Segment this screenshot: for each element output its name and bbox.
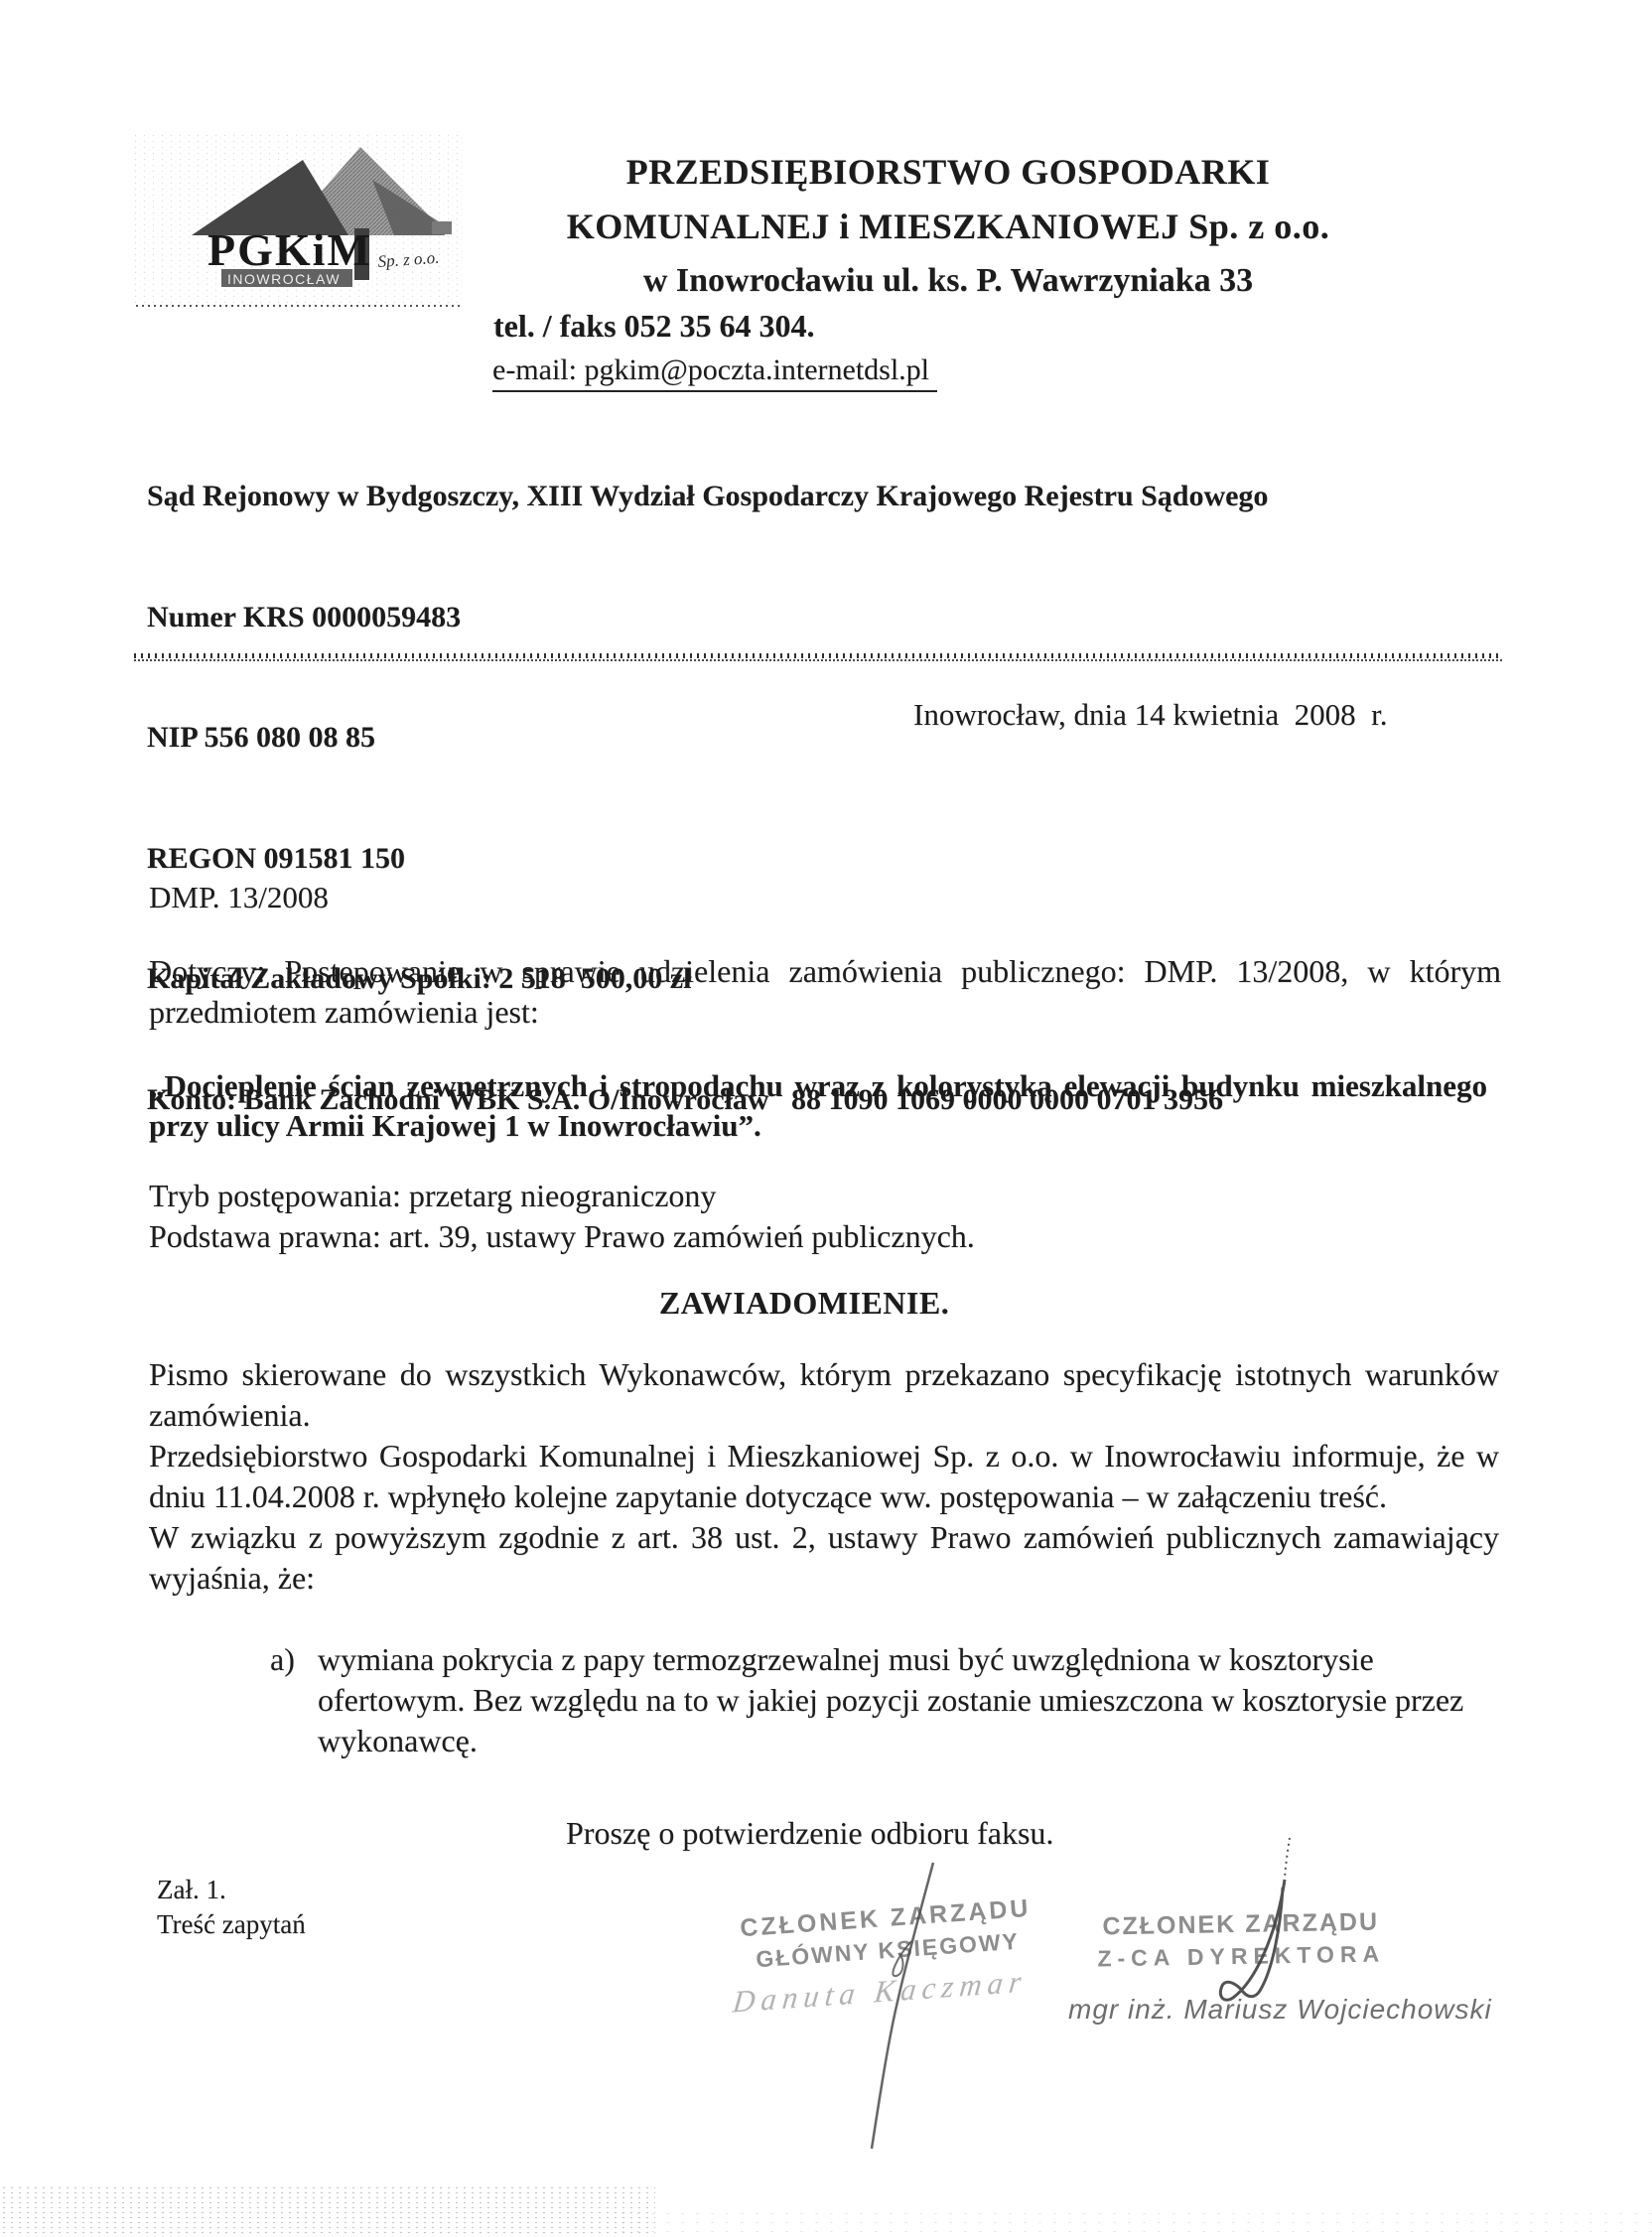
scanned-letter-page: PGKiM INOWROCŁAW Sp. z o.o. PRZEDSIĘBIOR… — [0, 0, 1652, 2237]
subject-intro: Dotyczy: Postępowanie w sprawie udzielen… — [149, 951, 1501, 1033]
body-text: Pismo skierowane do wszystkich Wykonawcó… — [149, 1354, 1499, 1599]
registry-krs: Numer KRS 0000059483 — [147, 598, 1268, 638]
closing-request: Proszę o potwierdzenie odbioru faksu. — [566, 1815, 1053, 1852]
separator-ticks — [134, 653, 1502, 658]
body-paragraph: Pismo skierowane do wszystkich Wykonawcó… — [149, 1354, 1499, 1436]
stamp-right: CZŁONEK ZARZĄDU Z-CA DYREKTORA — [1089, 1905, 1392, 1974]
answer-list-item: a) wymiana pokrycia z papy termozgrzewal… — [270, 1639, 1497, 1761]
attachment-note: Zał. 1. Treść zapytań — [157, 1873, 306, 1942]
legal-basis: Podstawa prawna: art. 39, ustawy Prawo z… — [149, 1218, 975, 1255]
attachment-line2: Treść zapytań — [157, 1907, 306, 1942]
reference-number: DMP. 13/2008 — [149, 880, 329, 915]
dateline: Inowrocław, dnia 14 kwietnia 2008 r. — [913, 697, 1388, 733]
logo-name: PGKiM — [207, 224, 372, 275]
separator-line — [134, 659, 1502, 661]
subject-title: „Docieplenie ścian zewnętrznych i stropo… — [149, 1066, 1487, 1146]
scan-noise-band — [0, 2185, 655, 2237]
company-name-line2: KOMUNALNEJ i MIESZKANIOWEJ Sp. z o.o. — [397, 199, 1499, 254]
registry-court: Sąd Rejonowy w Bydgoszczy, XIII Wydział … — [147, 477, 1268, 517]
notice-heading: ZAWIADOMIENIE. — [149, 1285, 1459, 1322]
body-paragraph: Przedsiębiorstwo Gospodarki Komunalnej i… — [149, 1436, 1499, 1517]
company-address: w Inowrocławiu ul. ks. P. Wawrzyniaka 33 — [397, 254, 1499, 308]
company-name-line1: PRZEDSIĘBIORSTWO GOSPODARKI — [397, 145, 1499, 199]
company-phone: tel. / faks 052 35 64 304. — [493, 308, 815, 345]
stamp-right-title2: Z-CA DYREKTORA — [1090, 1938, 1392, 1974]
list-item-text: wymiana pokrycia z papy termozgrzewalnej… — [318, 1639, 1489, 1761]
dotted-separator — [134, 653, 1502, 661]
scan-noise-band-faint — [616, 2209, 1652, 2237]
signature-right-name: mgr inż. Mariusz Wojciechowski — [1068, 1994, 1492, 2026]
letterhead-block: PRZEDSIĘBIORSTWO GOSPODARKI KOMUNALNEJ i… — [397, 145, 1499, 308]
company-email: e-mail: pgkim@poczta.internetdsl.pl — [492, 353, 937, 392]
logo-city: INOWROCŁAW — [227, 271, 341, 287]
procedure-mode: Tryb postępowania: przetarg nieograniczo… — [149, 1178, 716, 1214]
list-item-label: a) — [270, 1639, 318, 1761]
stamp-right-title1: CZŁONEK ZARZĄDU — [1089, 1905, 1392, 1943]
attachment-line1: Zał. 1. — [157, 1873, 306, 1907]
body-paragraph: W związku z powyższym zgodnie z art. 38 … — [149, 1517, 1499, 1599]
registry-regon: REGON 091581 150 — [147, 839, 1268, 880]
pen-stroke-right-tail — [1285, 1838, 1290, 1878]
